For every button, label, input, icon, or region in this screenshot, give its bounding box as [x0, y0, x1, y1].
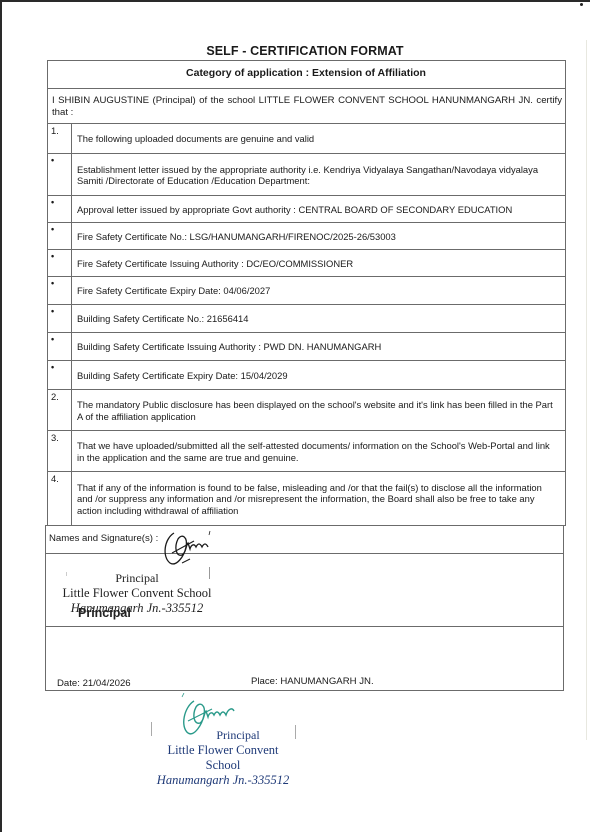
row-divider	[47, 389, 566, 390]
item-text: Approval letter issued by appropriate Go…	[77, 204, 559, 216]
row-divider	[47, 195, 566, 196]
principal-overprint: Principal	[78, 606, 131, 620]
item-text: That we have uploaded/submitted all the …	[77, 440, 559, 463]
item-marker: •	[51, 278, 54, 288]
principal-signature	[160, 527, 220, 571]
row-divider	[47, 360, 566, 361]
row-divider	[45, 626, 564, 627]
row-divider	[45, 553, 564, 554]
row-divider	[47, 88, 566, 89]
stamp-designation: Principal	[62, 571, 212, 586]
row-divider	[47, 471, 566, 472]
stamp-designation: Principal	[150, 728, 296, 743]
item-text: Fire Safety Certificate Issuing Authorit…	[77, 258, 559, 270]
item-marker: 1.	[51, 125, 59, 136]
stamp-address: Hanumangarh Jn.-335512	[150, 773, 296, 788]
item-marker: 3.	[51, 432, 59, 443]
item-text: Building Safety Certificate Issuing Auth…	[77, 341, 559, 353]
item-marker: •	[51, 197, 54, 207]
row-divider	[47, 276, 566, 277]
item-text: That if any of the information is found …	[77, 482, 559, 517]
item-marker: 4.	[51, 473, 59, 484]
item-text: Fire Safety Certificate No.: LSG/HANUMAN…	[77, 231, 559, 243]
names-and-signature-label: Names and Signature(s) :	[49, 533, 158, 544]
column-divider	[71, 123, 72, 526]
certification-intro: I SHIBIN AUGUSTINE (Principal) of the sc…	[52, 95, 562, 119]
row-divider	[47, 249, 566, 250]
item-text: Fire Safety Certificate Expiry Date: 04/…	[77, 285, 559, 297]
document-title: SELF - CERTIFICATION FORMAT	[0, 44, 590, 58]
item-marker: •	[51, 251, 54, 261]
viewer-frame-left	[0, 0, 2, 832]
item-marker: •	[51, 334, 54, 344]
item-marker: •	[51, 306, 54, 316]
row-divider	[47, 304, 566, 305]
item-text: Building Safety Certificate No.: 2165641…	[77, 313, 559, 325]
stamp-school-name: Little Flower Convent School	[150, 743, 296, 773]
item-text: The mandatory Public disclosure has been…	[77, 399, 559, 422]
page-edge	[586, 40, 587, 740]
school-stamp-blue: Principal Little Flower Convent School H…	[150, 728, 296, 788]
item-marker: •	[51, 155, 54, 165]
item-marker: 2.	[51, 391, 59, 402]
viewer-frame-top	[0, 0, 590, 2]
row-divider	[47, 332, 566, 333]
row-divider	[47, 430, 566, 431]
item-marker: •	[51, 362, 54, 372]
row-divider	[47, 123, 566, 124]
item-text: Building Safety Certificate Expiry Date:…	[77, 370, 559, 382]
item-text: The following uploaded documents are gen…	[77, 133, 559, 145]
row-divider	[47, 153, 566, 154]
item-text: Establishment letter issued by the appro…	[77, 164, 559, 187]
place-field: Place: HANUMANGARH JN.	[251, 676, 374, 687]
category-of-application: Category of application : Extension of A…	[47, 67, 565, 79]
row-divider	[47, 222, 566, 223]
scan-speck	[580, 3, 583, 6]
date-field: Date: 21/04/2026	[57, 678, 131, 689]
stamp-school-name: Little Flower Convent School	[62, 586, 212, 601]
item-marker: •	[51, 224, 54, 234]
